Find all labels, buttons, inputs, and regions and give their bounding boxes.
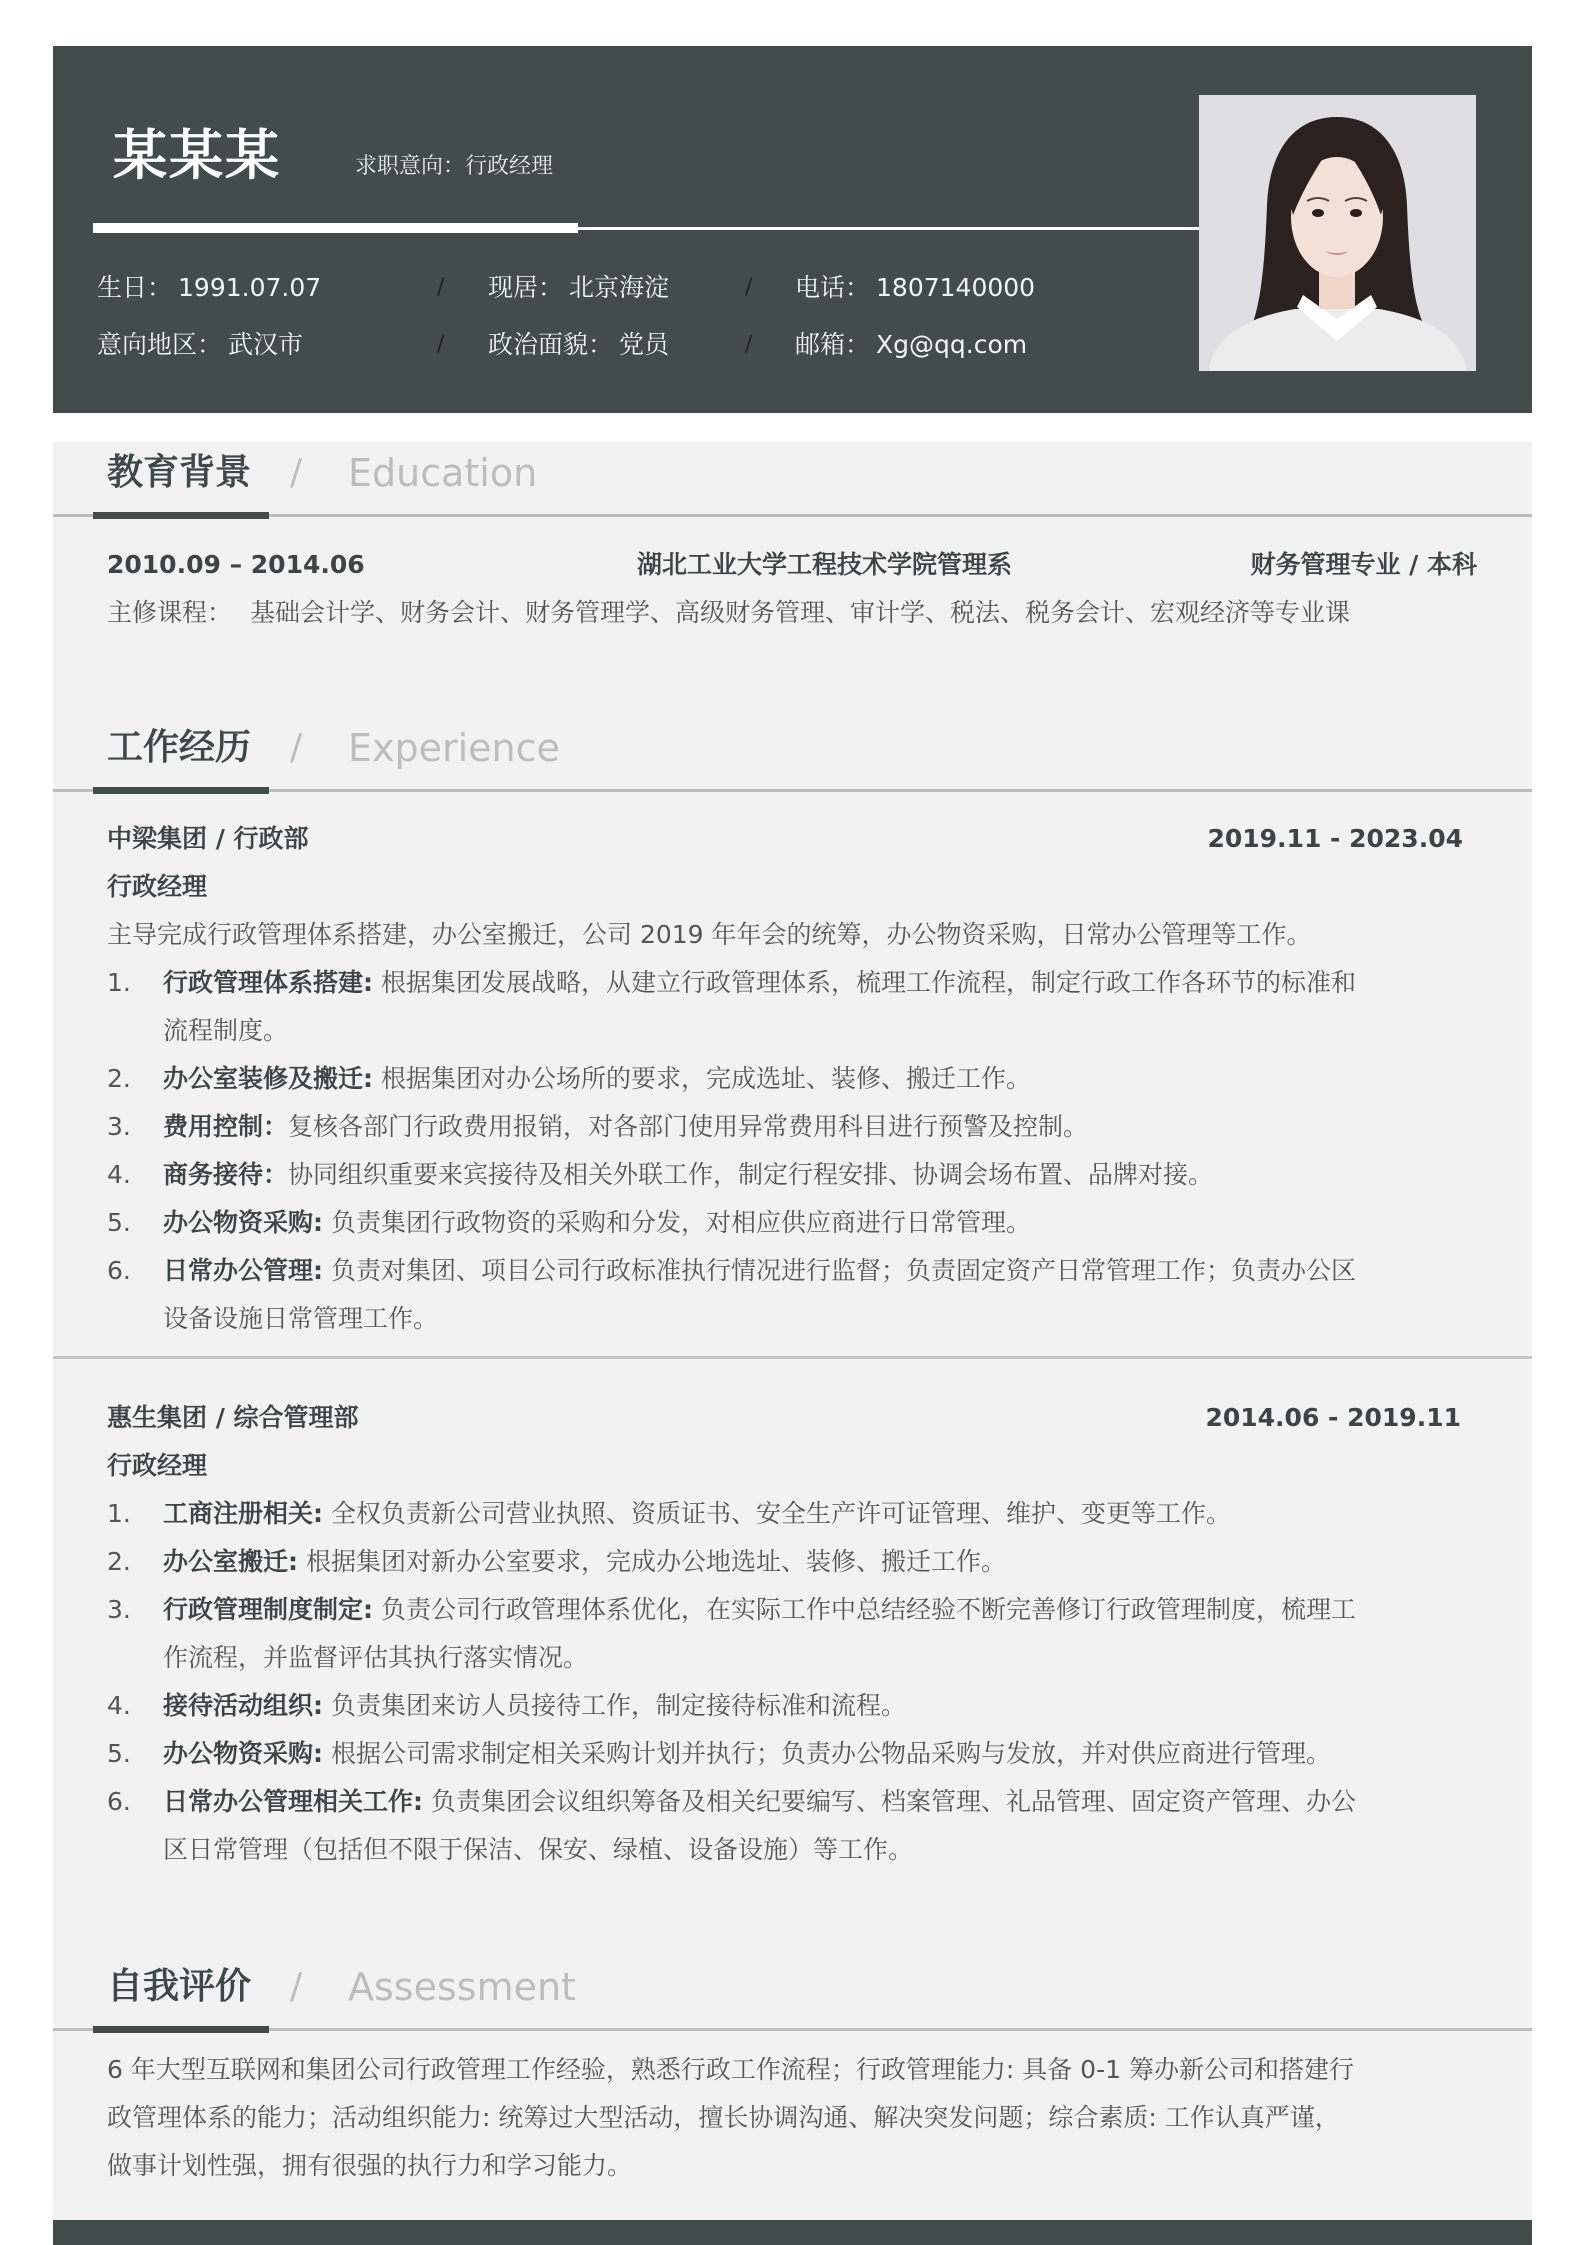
job-2-company: 惠生集团 / 综合管理部 bbox=[107, 1403, 359, 1432]
job-2-item-1: 1. 工商注册相关: 全权负责新公司营业执照、资质证书、安全生产许可证管理、维护… bbox=[107, 1490, 1487, 1538]
job-1-summary: 主导完成行政管理体系搭建，办公室搬迁，公司 2019 年年会的统筹，办公物资采购… bbox=[107, 911, 1477, 959]
header-divider-line bbox=[578, 227, 1199, 230]
job-1-item-1: 1. 行政管理体系搭建: 根据集团发展战略，从建立行政管理体系，梳理工作流程，制… bbox=[107, 959, 1487, 1055]
job-intent: 求职意向：行政经理 bbox=[355, 152, 553, 182]
assessment-section-header: 自我评价 / Assessment bbox=[53, 1956, 1532, 2036]
contact-row-1: 生日：1991.07.07 / 现居：北京海淀 / 电话：1807140000 bbox=[97, 270, 1197, 306]
job-1-header: 中梁集团 / 行政部 2019.11 - 2023.04 bbox=[107, 815, 1477, 863]
job-2-item-3: 3. 行政管理制度制定: 负责公司行政管理体系优化，在实际工作中总结经验不断完善… bbox=[107, 1586, 1487, 1682]
education-major: 财务管理专业 / 本科 bbox=[1250, 541, 1477, 589]
experience-title: 工作经历 bbox=[107, 723, 251, 773]
assessment-title-en: Assessment bbox=[348, 1962, 576, 2012]
contact-phone: 电话：1807140000 bbox=[795, 270, 1035, 306]
job-1-period: 2019.11 - 2023.04 bbox=[1207, 815, 1463, 863]
contact-email: 邮箱：Xg@qq.com bbox=[795, 327, 1027, 363]
job-1-company: 中梁集团 / 行政部 bbox=[107, 824, 309, 853]
assessment-line-3: 做事计划性强，拥有很强的执行力和学习能力。 bbox=[107, 2142, 1477, 2190]
contact-political-status: 政治面貌：党员 bbox=[488, 327, 669, 363]
job-1-item-6: 6. 日常办公管理: 负责对集团、项目公司行政标准执行情况进行监督；负责固定资产… bbox=[107, 1247, 1487, 1343]
contact-birthday: 生日：1991.07.07 bbox=[97, 270, 321, 306]
education-period: 2010.09 – 2014.06 bbox=[107, 550, 365, 579]
profile-photo bbox=[1199, 95, 1476, 371]
assessment-title: 自我评价 bbox=[107, 1962, 251, 2012]
contact-separator: / bbox=[437, 327, 444, 363]
portrait-icon bbox=[1199, 95, 1476, 371]
title-slash: / bbox=[290, 723, 302, 773]
resume-header: 某某某 求职意向：行政经理 生日：1991.07.07 / 现居：北京海淀 / … bbox=[53, 46, 1532, 413]
section-divider-line bbox=[53, 514, 1532, 517]
job-2-item-2: 2. 办公室搬迁: 根据集团对新办公室要求，完成办公地选址、装修、搬迁工作。 bbox=[107, 1538, 1487, 1586]
title-slash: / bbox=[290, 448, 302, 498]
education-title: 教育背景 bbox=[107, 448, 251, 498]
education-courses: 主修课程： 基础会计学、财务会计、财务管理学、高级财务管理、审计学、税法、税务会… bbox=[107, 589, 1477, 637]
contact-separator: / bbox=[437, 270, 444, 306]
footer-bar bbox=[53, 2220, 1532, 2245]
job-2-period: 2014.06 - 2019.11 bbox=[1205, 1394, 1461, 1442]
assessment-line-2: 政管理体系的能力；活动组织能力: 统筹过大型活动，擅长协调沟通、解决突发问题；综… bbox=[107, 2094, 1477, 2142]
header-accent-bar bbox=[93, 223, 578, 233]
section-accent-bar bbox=[93, 512, 269, 519]
education-entry: 2010.09 – 2014.06 湖北工业大学工程技术学院管理系 财务管理专业… bbox=[107, 541, 1477, 589]
contact-residence: 现居：北京海淀 bbox=[488, 270, 669, 306]
courses-list: 基础会计学、财务会计、财务管理学、高级财务管理、审计学、税法、税务会计、宏观经济… bbox=[250, 598, 1350, 627]
job-1-item-5: 5. 办公物资采购: 负责集团行政物资的采购和分发，对相应供应商进行日常管理。 bbox=[107, 1199, 1487, 1247]
job-2-header: 惠生集团 / 综合管理部 2014.06 - 2019.11 bbox=[107, 1394, 1477, 1442]
education-school: 湖北工业大学工程技术学院管理系 bbox=[637, 541, 1012, 589]
job-1-item-2: 2. 办公室装修及搬迁: 根据集团对办公场所的要求，完成选址、装修、搬迁工作。 bbox=[107, 1055, 1487, 1103]
job-1-item-4: 4. 商务接待：协同组织重要来宾接待及相关外联工作，制定行程安排、协调会场布置、… bbox=[107, 1151, 1487, 1199]
contact-preferred-region: 意向地区：武汉市 bbox=[97, 327, 303, 363]
title-slash: / bbox=[290, 1962, 302, 2012]
assessment-line-1: 6 年大型互联网和集团公司行政管理工作经验，熟悉行政工作流程；行政管理能力: 具… bbox=[107, 2046, 1477, 2094]
job-1-role: 行政经理 bbox=[107, 863, 1477, 911]
section-accent-bar bbox=[93, 2026, 269, 2033]
contact-separator: / bbox=[745, 270, 752, 306]
job-2-item-5: 5. 办公物资采购: 根据公司需求制定相关采购计划并执行；负责办公物品采购与发放… bbox=[107, 1730, 1487, 1778]
job-intent-label: 求职意向： bbox=[355, 154, 465, 179]
section-divider-line bbox=[53, 2028, 1532, 2031]
education-section-header: 教育背景 / Education bbox=[53, 442, 1532, 522]
education-title-en: Education bbox=[348, 448, 537, 498]
candidate-name: 某某某 bbox=[113, 124, 281, 188]
contact-separator: / bbox=[745, 327, 752, 363]
contact-row-2: 意向地区：武汉市 / 政治面貌：党员 / 邮箱：Xg@qq.com bbox=[97, 327, 1197, 363]
job-2-role: 行政经理 bbox=[107, 1442, 1477, 1490]
job-divider bbox=[53, 1356, 1532, 1359]
resume-body: 教育背景 / Education 2010.09 – 2014.06 湖北工业大… bbox=[53, 442, 1532, 2220]
experience-title-en: Experience bbox=[348, 723, 560, 773]
section-accent-bar bbox=[93, 787, 269, 794]
job-1-item-3: 3. 费用控制：复核各部门行政费用报销，对各部门使用异常费用科目进行预警及控制。 bbox=[107, 1103, 1487, 1151]
job-2-item-4: 4. 接待活动组织: 负责集团来访人员接待工作，制定接待标准和流程。 bbox=[107, 1682, 1487, 1730]
job-2-item-6: 6. 日常办公管理相关工作: 负责集团会议组织筹备及相关纪要编写、档案管理、礼品… bbox=[107, 1778, 1487, 1874]
job-intent-value: 行政经理 bbox=[465, 154, 553, 179]
experience-section-header: 工作经历 / Experience bbox=[53, 717, 1532, 797]
courses-label: 主修课程： bbox=[107, 598, 232, 627]
section-divider-line bbox=[53, 789, 1532, 792]
